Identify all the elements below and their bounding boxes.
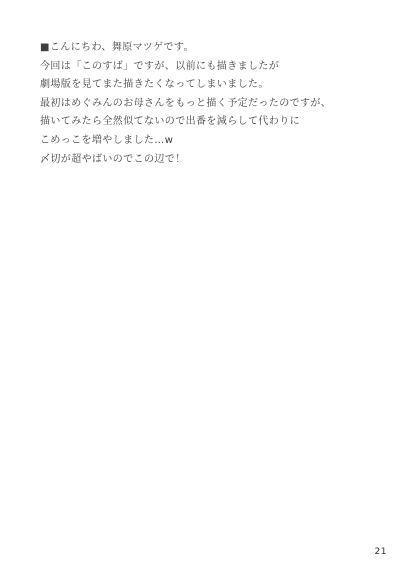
afterword-line: こめっこを増やしました…w [40, 132, 360, 151]
afterword-text-block: ■こんにちわ、舞原マツゲです。 今回は「このすば」ですが、以前にも描きましたが … [40, 39, 360, 169]
afterword-line: 劇場版を見てまた描きたくなってしまいました。 [40, 76, 360, 95]
afterword-line: ■こんにちわ、舞原マツゲです。 [40, 39, 360, 58]
afterword-line: 描いてみたら全然似てないので出番を減らして代わりに [40, 113, 360, 132]
afterword-line: 最初はめぐみんのお母さんをもっと描く予定だったのですが、 [40, 95, 360, 114]
page-number: 21 [375, 547, 387, 557]
scanned-page: ■こんにちわ、舞原マツゲです。 今回は「このすば」ですが、以前にも描きましたが … [0, 0, 400, 568]
afterword-line: 今回は「このすば」ですが、以前にも描きましたが [40, 58, 360, 77]
afterword-line: 〆切が超やばいのでこの辺で！ [40, 151, 360, 170]
